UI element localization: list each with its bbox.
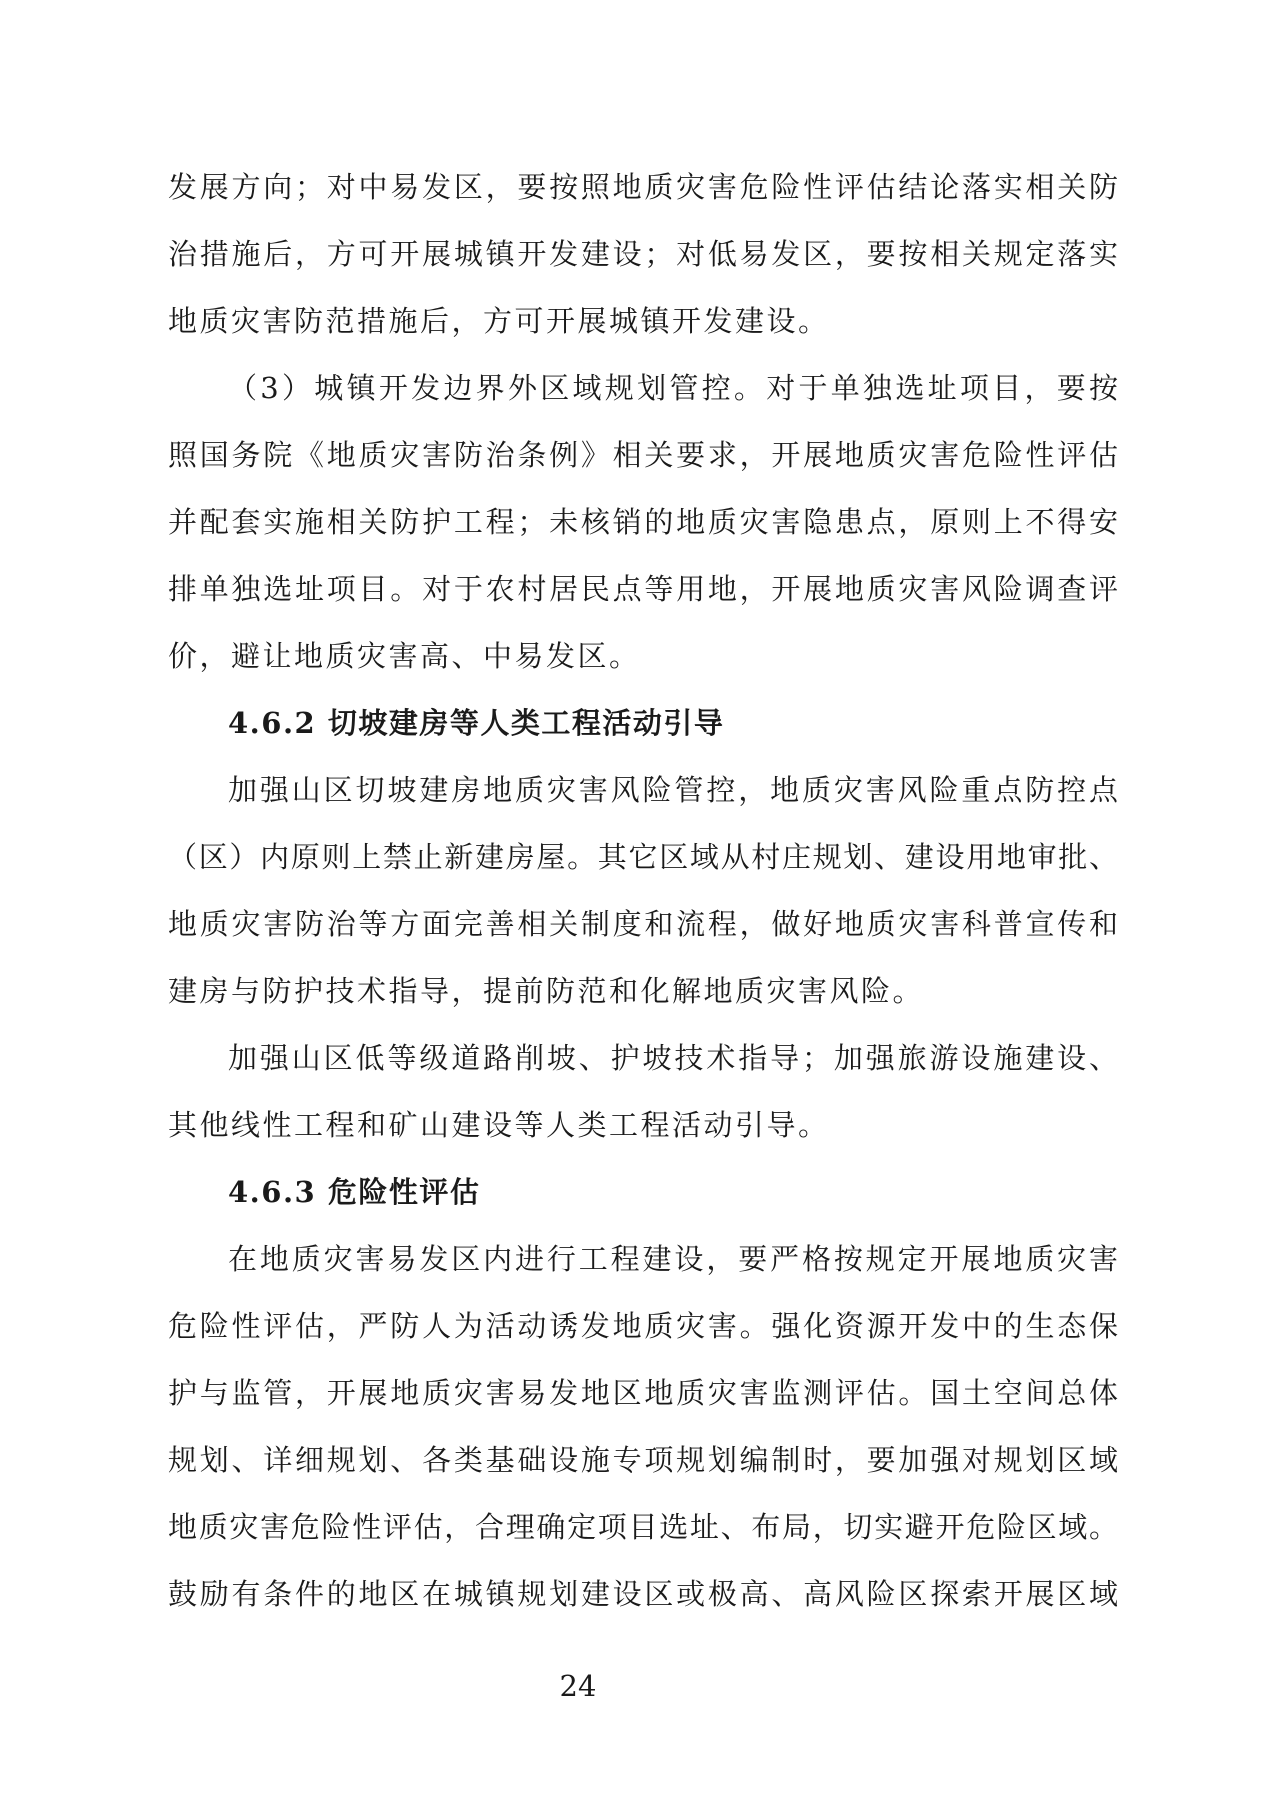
page-number: 24 bbox=[0, 1666, 1156, 1706]
text-line: 排单独选址项目。对于农村居民点等用地，开展地质灾害风险调查评 bbox=[168, 556, 1118, 623]
text-line: 地质灾害危险性评估，合理确定项目选址、布局，切实避开危险区域。 bbox=[168, 1494, 1118, 1561]
section-heading: 4.6.2 切坡建房等人类工程活动引导 bbox=[168, 690, 1118, 757]
text-line: 发展方向；对中易发区，要按照地质灾害危险性评估结论落实相关防 bbox=[168, 154, 1118, 221]
text-line: 在地质灾害易发区内进行工程建设，要严格按规定开展地质灾害 bbox=[168, 1226, 1118, 1293]
text-line: 规划、详细规划、各类基础设施专项规划编制时，要加强对规划区域 bbox=[168, 1427, 1118, 1494]
text-line: （区）内原则上禁止新建房屋。其它区域从村庄规划、建设用地审批、 bbox=[168, 824, 1118, 891]
text-line: 护与监管，开展地质灾害易发地区地质灾害监测评估。国土空间总体 bbox=[168, 1360, 1118, 1427]
text-line: 治措施后，方可开展城镇开发建设；对低易发区，要按相关规定落实 bbox=[168, 221, 1118, 288]
text-line: 并配套实施相关防护工程；未核销的地质灾害隐患点，原则上不得安 bbox=[168, 489, 1118, 556]
text-line: 加强山区低等级道路削坡、护坡技术指导；加强旅游设施建设、 bbox=[168, 1025, 1118, 1092]
text-line: 其他线性工程和矿山建设等人类工程活动引导。 bbox=[168, 1092, 1118, 1159]
text-line: 地质灾害防治等方面完善相关制度和流程，做好地质灾害科普宣传和 bbox=[168, 891, 1118, 958]
text-line: 照国务院《地质灾害防治条例》相关要求，开展地质灾害危险性评估 bbox=[168, 422, 1118, 489]
text-line: （3）城镇开发边界外区域规划管控。对于单独选址项目，要按 bbox=[168, 355, 1118, 422]
text-line: 价，避让地质灾害高、中易发区。 bbox=[168, 623, 1118, 690]
text-line: 危险性评估，严防人为活动诱发地质灾害。强化资源开发中的生态保 bbox=[168, 1293, 1118, 1360]
text-line: 建房与防护技术指导，提前防范和化解地质灾害风险。 bbox=[168, 958, 1118, 1025]
page-content: 发展方向；对中易发区，要按照地质灾害危险性评估结论落实相关防治措施后，方可开展城… bbox=[168, 154, 1118, 1628]
text-line: 加强山区切坡建房地质灾害风险管控，地质灾害风险重点防控点 bbox=[168, 757, 1118, 824]
section-heading: 4.6.3 危险性评估 bbox=[168, 1159, 1118, 1226]
text-line: 地质灾害防范措施后，方可开展城镇开发建设。 bbox=[168, 288, 1118, 355]
document-page: 发展方向；对中易发区，要按照地质灾害危险性评估结论落实相关防治措施后，方可开展城… bbox=[0, 0, 1280, 1810]
text-line: 鼓励有条件的地区在城镇规划建设区或极高、高风险区探索开展区域 bbox=[168, 1561, 1118, 1628]
